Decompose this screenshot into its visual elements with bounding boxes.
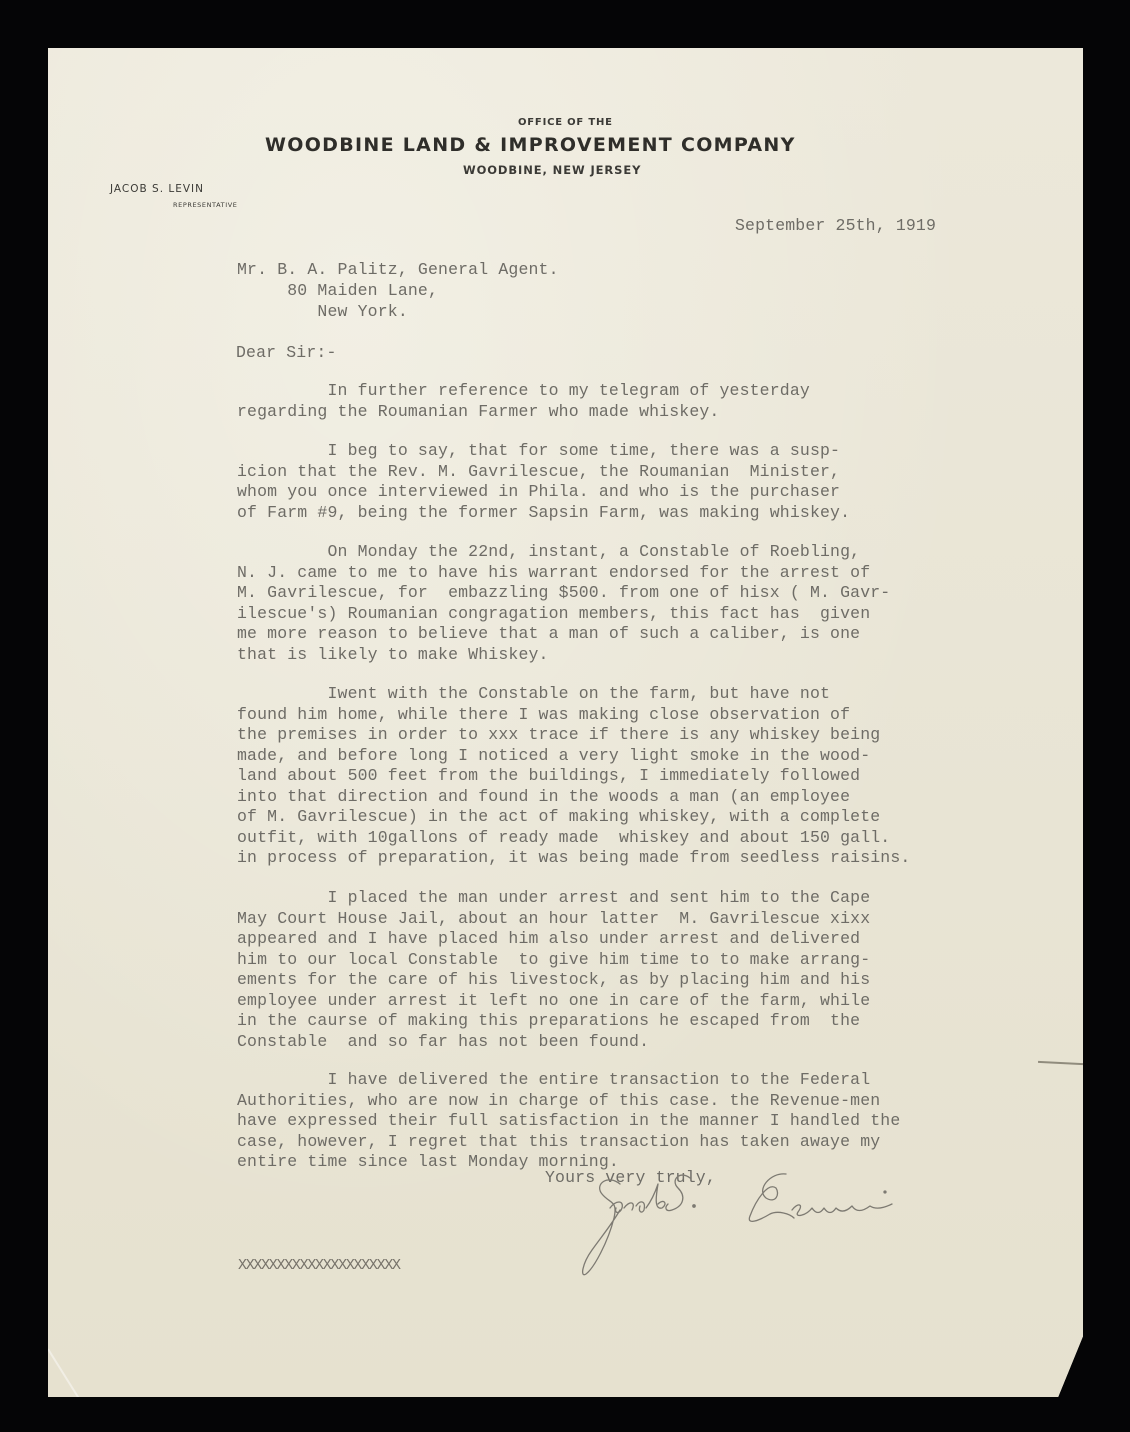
paper-tear-mark <box>1038 1061 1083 1065</box>
letterhead-representative-name: JACOB S. LEVIN <box>110 183 204 195</box>
body-paragraph-5: I placed the man under arrest and sent h… <box>237 888 870 1052</box>
letterhead-company-name: WOODBINE LAND & IMPROVEMENT COMPANY <box>265 134 796 156</box>
letterhead-office-line: OFFICE OF THE <box>518 117 613 128</box>
recipient-line-3: New York. <box>237 301 559 322</box>
letterhead-location: WOODBINE, NEW JERSEY <box>463 163 641 177</box>
salutation: Dear Sir:- <box>236 343 337 364</box>
letterhead-representative-title: REPRESENTATIVE <box>173 201 238 209</box>
letter-date: September 25th, 1919 <box>735 216 936 237</box>
recipient-line-2: 80 Maiden Lane, <box>237 280 559 301</box>
struck-out-line: XXXXXXXXXXXXXXXXXXXXX <box>238 1256 400 1277</box>
body-paragraph-1: In further reference to my telegram of y… <box>237 381 810 422</box>
body-paragraph-2: I beg to say, that for some time, there … <box>237 441 850 523</box>
body-paragraph-4: Iwent with the Constable on the farm, bu… <box>237 684 910 869</box>
body-paragraph-6: I have delivered the entire transaction … <box>237 1070 900 1173</box>
body-paragraph-3: On Monday the 22nd, instant, a Constable… <box>237 542 890 665</box>
recipient-address: Mr. B. A. Palitz, General Agent. 80 Maid… <box>237 259 559 322</box>
recipient-line-1: Mr. B. A. Palitz, General Agent. <box>237 259 559 280</box>
handwritten-signature <box>580 1170 910 1280</box>
paper-crease <box>47 1348 91 1417</box>
